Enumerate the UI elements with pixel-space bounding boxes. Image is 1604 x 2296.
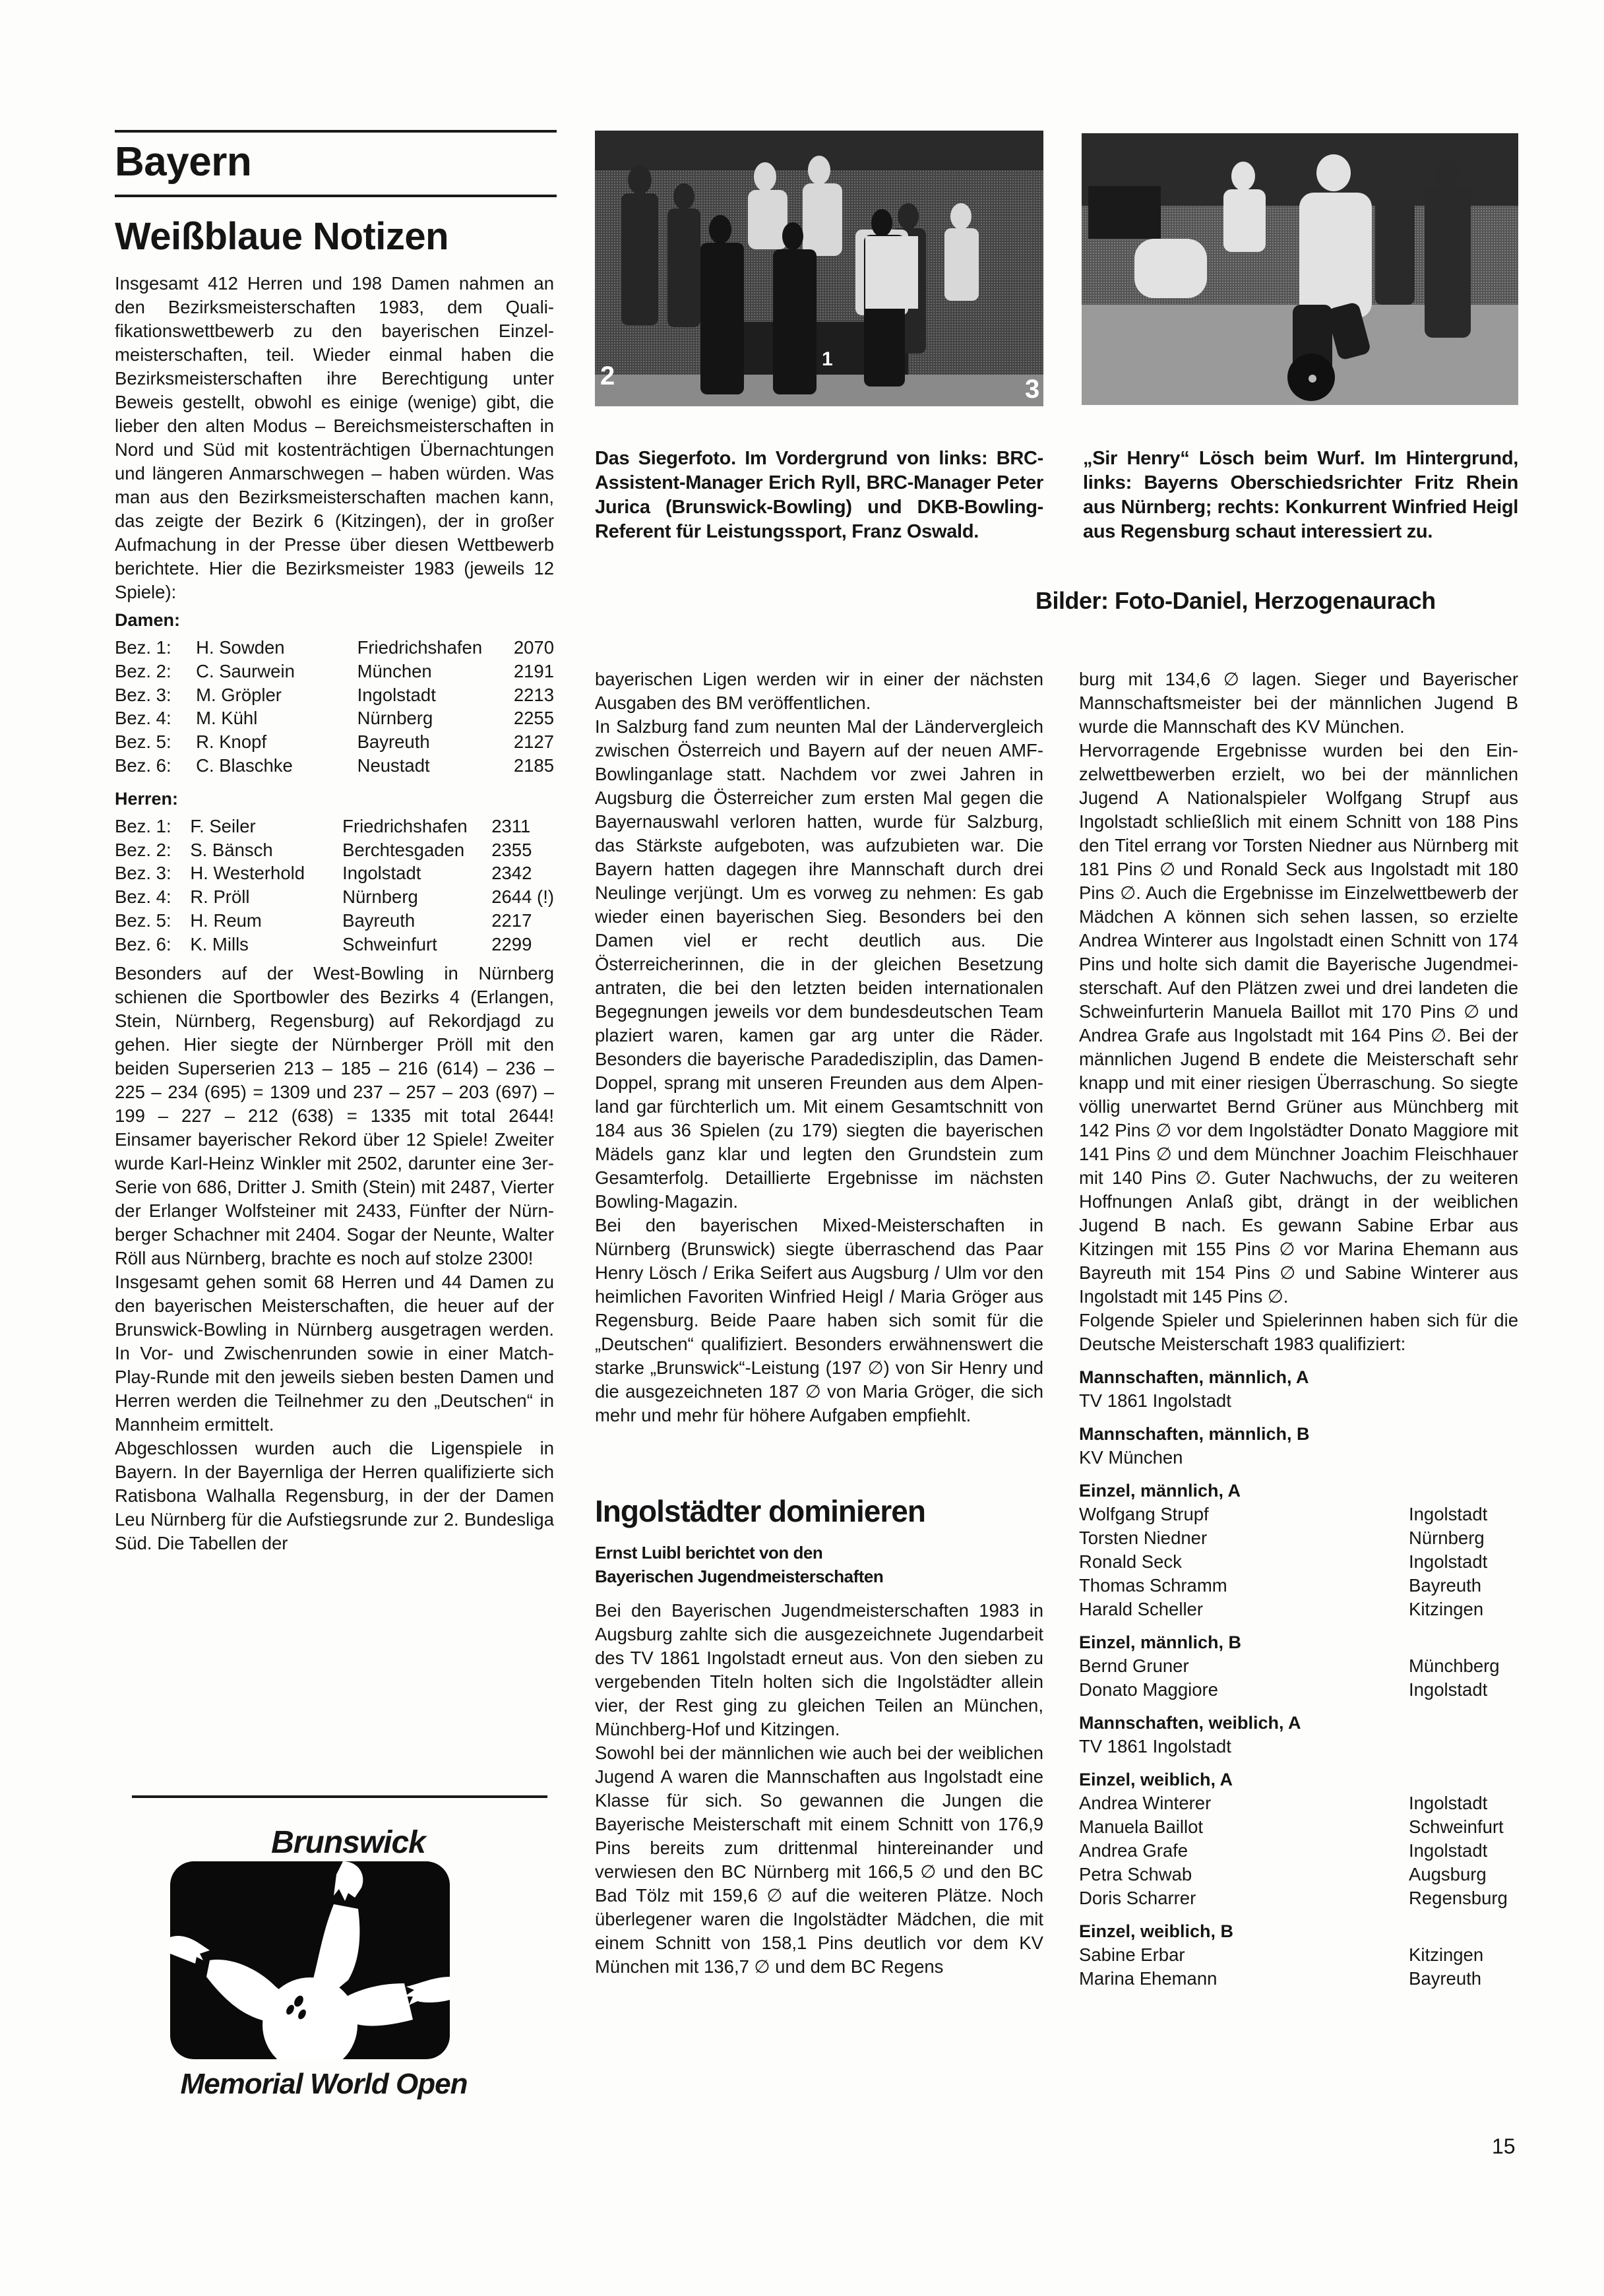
- result-bez: Bez. 4:: [115, 706, 196, 730]
- result-city: Friedrichshafen: [357, 636, 514, 660]
- podium-number-2: 2: [600, 361, 615, 391]
- damen-table: Bez. 1:H. SowdenFriedrichshafen2070Bez. …: [115, 636, 554, 778]
- result-score: 2185: [514, 754, 554, 778]
- result-bez: Bez. 6:: [115, 933, 190, 956]
- qualified-category: Mannschaften, weiblich, A: [1079, 1711, 1518, 1735]
- entry-name: Harald Scheller: [1079, 1598, 1409, 1621]
- subhead-line: Ernst Luibl berichtet von den: [595, 1541, 1043, 1565]
- paragraph: burg mit 134,6 ∅ lagen. Sieger und Bayer…: [1079, 667, 1518, 739]
- event-name: Memorial World Open: [136, 2070, 512, 2099]
- result-city: Bayreuth: [357, 730, 514, 754]
- qualified-entry: Andrea WintererIngolstadt: [1079, 1791, 1518, 1815]
- result-city: Schweinfurt: [342, 933, 491, 956]
- photo-credit: Bilder: Foto-Daniel, Herzogenaurach: [1035, 589, 1436, 613]
- col1: Insgesamt 412 Herren und 198 Damen nahme…: [115, 272, 554, 1555]
- result-name: C. Saurwein: [196, 660, 357, 683]
- result-bez: Bez. 3:: [115, 683, 196, 707]
- qualified-entry: Marina EhemannBayreuth: [1079, 1967, 1518, 1991]
- entry-name: KV München: [1079, 1446, 1409, 1470]
- qualified-entry: TV 1861 Ingolstadt: [1079, 1735, 1518, 1758]
- result-bez: Bez. 6:: [115, 754, 196, 778]
- result-score: 2342: [491, 861, 554, 885]
- result-bez: Bez. 2:: [115, 660, 196, 683]
- qualified-entry: Bernd GrunerMünchberg: [1079, 1654, 1518, 1678]
- paragraph: bayerischen Ligen werden wir in einer de…: [595, 667, 1043, 715]
- entry-city: Augsburg: [1409, 1863, 1518, 1886]
- qualified-category: Einzel, männlich, B: [1079, 1630, 1518, 1654]
- entry-city: Bayreuth: [1409, 1967, 1518, 1991]
- result-row: Bez. 2:C. SaurweinMünchen2191: [115, 660, 554, 683]
- result-score: 2311: [491, 815, 554, 838]
- result-name: H. Reum: [190, 909, 342, 933]
- qualified-entry: Thomas SchrammBayreuth: [1079, 1574, 1518, 1598]
- podium-photo-caption: Das Siegerfoto. Im Vordergrund von links…: [595, 447, 1043, 544]
- result-bez: Bez. 1:: [115, 815, 190, 838]
- result-score: 2191: [514, 660, 554, 683]
- result-row: Bez. 1:F. SeilerFriedrichshafen2311: [115, 815, 554, 838]
- result-city: Ingolstadt: [342, 861, 491, 885]
- bowler-photo-caption: „Sir Henry“ Lösch beim Wurf. Im Hinter­g…: [1083, 447, 1518, 544]
- result-bez: Bez. 5:: [115, 909, 190, 933]
- result-name: R. Knopf: [196, 730, 357, 754]
- col2: bayerischen Ligen werden wir in einer de…: [595, 667, 1043, 1979]
- podium-photo: 2 1 3: [595, 131, 1043, 406]
- paragraph: Besonders auf der West-Bowling in Nürnbe…: [115, 962, 554, 1270]
- qualified-entry: Torsten NiednerNürnberg: [1079, 1526, 1518, 1550]
- qualified-category: Einzel, männlich, A: [1079, 1479, 1518, 1503]
- brand-name: Brunswick: [157, 1827, 540, 1859]
- paragraph: In Salzburg fand zum neunten Mal der Län…: [595, 715, 1043, 1214]
- entry-name: Andrea Grafe: [1079, 1839, 1409, 1863]
- article2-subhead: Ernst Luibl berichtet von den Bayerische…: [595, 1541, 1043, 1588]
- result-score: 2644 (!): [491, 885, 554, 909]
- qualified-entry: TV 1861 Ingolstadt: [1079, 1389, 1518, 1413]
- paragraph: Insgesamt gehen somit 68 Herren und 44 D…: [115, 1270, 554, 1437]
- qualified-entry: Wolfgang StrupfIngolstadt: [1079, 1503, 1518, 1526]
- result-name: R. Pröll: [190, 885, 342, 909]
- result-score: 2217: [491, 909, 554, 933]
- bowler-photo: [1082, 133, 1518, 405]
- result-name: F. Seiler: [190, 815, 342, 838]
- entry-name: Donato Maggiore: [1079, 1678, 1409, 1702]
- entry-name: Andrea Winterer: [1079, 1791, 1409, 1815]
- entry-name: Doris Scharrer: [1079, 1886, 1409, 1910]
- paragraph: Bei den Bayerischen Jugendmeisterschafte…: [595, 1599, 1043, 1741]
- entry-name: Thomas Schramm: [1079, 1574, 1409, 1598]
- result-name: H. Westerhold: [190, 861, 342, 885]
- result-row: Bez. 5:H. ReumBayreuth2217: [115, 909, 554, 933]
- podium-number-1: 1: [822, 348, 833, 371]
- result-score: 2070: [514, 636, 554, 660]
- paragraph: Folgende Spieler und Spielerinnen haben …: [1079, 1309, 1518, 1356]
- result-row: Bez. 6:K. MillsSchweinfurt2299: [115, 933, 554, 956]
- brunswick-ad: Brunswick Memorial World Open: [149, 1827, 532, 2104]
- entry-name: Torsten Niedner: [1079, 1526, 1409, 1550]
- entry-name: TV 1861 Ingolstadt: [1079, 1389, 1409, 1413]
- result-row: Bez. 6:C. BlaschkeNeustadt2185: [115, 754, 554, 778]
- paragraph: Sowohl bei der männlichen wie auch bei d…: [595, 1741, 1043, 1979]
- entry-city: [1409, 1389, 1518, 1413]
- qualified-entry: Doris ScharrerRegensburg: [1079, 1886, 1518, 1910]
- result-bez: Bez. 3:: [115, 861, 190, 885]
- article-title: Weißblaue Notizen: [115, 218, 448, 256]
- result-row: Bez. 3:H. WesterholdIngolstadt2342: [115, 861, 554, 885]
- qualified-entry: KV München: [1079, 1446, 1518, 1470]
- subhead-line: Bayerischen Jugendmeisterschaften: [595, 1565, 1043, 1588]
- entry-city: Schweinfurt: [1409, 1815, 1518, 1839]
- result-city: Friedrichshafen: [342, 815, 491, 838]
- entry-name: Marina Ehemann: [1079, 1967, 1409, 1991]
- result-city: Neustadt: [357, 754, 514, 778]
- entry-city: Kitzingen: [1409, 1598, 1518, 1621]
- result-city: Nürnberg: [342, 885, 491, 909]
- result-name: H. Sowden: [196, 636, 357, 660]
- qualified-list: Mannschaften, männlich, ATV 1861 Ingolst…: [1079, 1365, 1518, 1991]
- result-row: Bez. 5:R. KnopfBayreuth2127: [115, 730, 554, 754]
- col1-body: Besonders auf der West-Bowling in Nürnbe…: [115, 962, 554, 1555]
- section-rule: [115, 195, 557, 197]
- entry-name: Bernd Gruner: [1079, 1654, 1409, 1678]
- entry-name: Ronald Seck: [1079, 1550, 1409, 1574]
- qualified-entry: Sabine ErbarKitzingen: [1079, 1943, 1518, 1967]
- qualified-entry: Harald SchellerKitzingen: [1079, 1598, 1518, 1621]
- qualified-category: Einzel, weiblich, A: [1079, 1768, 1518, 1791]
- article2-title: Ingolstädter dominieren: [595, 1496, 1043, 1526]
- top-rule: [115, 130, 557, 133]
- entry-city: Ingolstadt: [1409, 1791, 1518, 1815]
- entry-name: Sabine Erbar: [1079, 1943, 1409, 1967]
- section-title: Bayern: [115, 142, 251, 183]
- qualified-entry: Donato MaggioreIngolstadt: [1079, 1678, 1518, 1702]
- herren-label: Herren:: [115, 787, 554, 811]
- article2-body: Bei den Bayerischen Jugendmeisterschafte…: [595, 1599, 1043, 1979]
- result-name: C. Blaschke: [196, 754, 357, 778]
- entry-city: Münchberg: [1409, 1654, 1518, 1678]
- col3-body: burg mit 134,6 ∅ lagen. Sieger und Bayer…: [1079, 667, 1518, 1356]
- entry-name: Manuela Baillot: [1079, 1815, 1409, 1839]
- result-row: Bez. 1:H. SowdenFriedrichshafen2070: [115, 636, 554, 660]
- result-name: M. Kühl: [196, 706, 357, 730]
- qualified-entry: Manuela BaillotSchweinfurt: [1079, 1815, 1518, 1839]
- result-city: Bayreuth: [342, 909, 491, 933]
- entry-city: Bayreuth: [1409, 1574, 1518, 1598]
- herren-table: Bez. 1:F. SeilerFriedrichshafen2311Bez. …: [115, 815, 554, 956]
- result-city: München: [357, 660, 514, 683]
- result-bez: Bez. 5:: [115, 730, 196, 754]
- entry-city: Ingolstadt: [1409, 1550, 1518, 1574]
- damen-label: Damen:: [115, 608, 554, 632]
- intro-paragraph: Insgesamt 412 Herren und 198 Damen nahme…: [115, 272, 554, 604]
- qualified-category: Einzel, weiblich, B: [1079, 1919, 1518, 1943]
- paragraph: Abgeschlossen wurden auch die Ligenspiel…: [115, 1437, 554, 1555]
- entry-city: [1409, 1735, 1518, 1758]
- result-row: Bez. 2:S. BänschBerchtesgaden2355: [115, 838, 554, 862]
- result-row: Bez. 4:R. PröllNürnberg2644 (!): [115, 885, 554, 909]
- qualified-category: Mannschaften, männlich, A: [1079, 1365, 1518, 1389]
- result-name: S. Bänsch: [190, 838, 342, 862]
- entry-name: Petra Schwab: [1079, 1863, 1409, 1886]
- result-city: Berchtesgaden: [342, 838, 491, 862]
- qualified-category: Mannschaften, männlich, B: [1079, 1422, 1518, 1446]
- result-bez: Bez. 4:: [115, 885, 190, 909]
- ad-rule: [132, 1795, 547, 1798]
- result-city: Nürnberg: [357, 706, 514, 730]
- result-score: 2299: [491, 933, 554, 956]
- result-score: 2355: [491, 838, 554, 862]
- qualified-entry: Petra SchwabAugsburg: [1079, 1863, 1518, 1886]
- bowling-ball-pins-logo-icon: [170, 1861, 450, 2059]
- podium-number-3: 3: [1025, 375, 1039, 404]
- result-bez: Bez. 2:: [115, 838, 190, 862]
- entry-city: Ingolstadt: [1409, 1839, 1518, 1863]
- entry-name: Wolfgang Strupf: [1079, 1503, 1409, 1526]
- col3: burg mit 134,6 ∅ lagen. Sieger und Bayer…: [1079, 667, 1518, 1991]
- page-number: 15: [1492, 2134, 1516, 2159]
- entry-city: Ingolstadt: [1409, 1503, 1518, 1526]
- result-name: M. Gröpler: [196, 683, 357, 707]
- entry-city: Regensburg: [1409, 1886, 1518, 1910]
- result-score: 2255: [514, 706, 554, 730]
- result-score: 2127: [514, 730, 554, 754]
- result-city: Ingolstadt: [357, 683, 514, 707]
- paragraph: Bei den bayerischen Mixed-Meisterschafte…: [595, 1214, 1043, 1427]
- result-name: K. Mills: [190, 933, 342, 956]
- entry-city: Kitzingen: [1409, 1943, 1518, 1967]
- entry-city: Ingolstadt: [1409, 1678, 1518, 1702]
- result-row: Bez. 3:M. GröplerIngolstadt2213: [115, 683, 554, 707]
- qualified-entry: Andrea GrafeIngolstadt: [1079, 1839, 1518, 1863]
- entry-name: TV 1861 Ingolstadt: [1079, 1735, 1409, 1758]
- qualified-entry: Ronald SeckIngolstadt: [1079, 1550, 1518, 1574]
- entry-city: [1409, 1446, 1518, 1470]
- paragraph: Hervorragende Ergebnisse wurden bei den …: [1079, 739, 1518, 1309]
- entry-city: Nürnberg: [1409, 1526, 1518, 1550]
- result-row: Bez. 4:M. KühlNürnberg2255: [115, 706, 554, 730]
- result-score: 2213: [514, 683, 554, 707]
- col2-body: bayerischen Ligen werden wir in einer de…: [595, 667, 1043, 1427]
- result-bez: Bez. 1:: [115, 636, 196, 660]
